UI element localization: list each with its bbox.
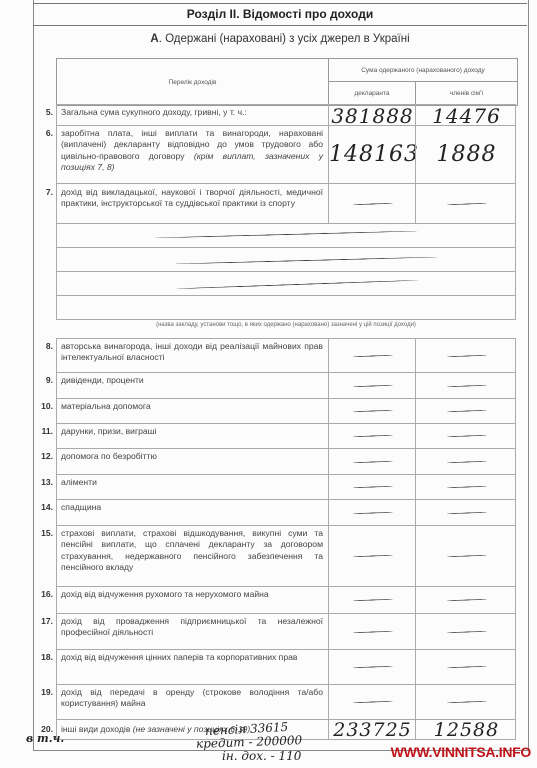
row-description: дивіденди, проценти: [61, 375, 323, 386]
subsection-letter: А: [150, 33, 158, 45]
family-value-cell: [415, 449, 517, 474]
strike-line: [155, 231, 417, 239]
declarant-value-cell: [328, 587, 416, 613]
watermark: WWW.VINNITSA.INFO: [391, 744, 531, 760]
strike-line: [175, 280, 419, 290]
table-header: Перелік доходів Сума одержаного (нарахов…: [56, 58, 518, 106]
row-description: страхові виплати, страхові відшкодування…: [61, 528, 323, 574]
declarant-value-cell: [328, 373, 416, 398]
row-number: 16.: [35, 589, 53, 599]
row-description: матеріальна допомога: [61, 401, 323, 412]
institution-line: [56, 272, 516, 296]
row-description: допомога по безробіттю: [61, 451, 323, 462]
table-row: 12.допомога по безробіттю: [56, 449, 516, 475]
declarant-value-cell: [328, 339, 416, 372]
family-value-cell: [415, 424, 517, 448]
subsection-title: А. Одержані (нараховані) з усіх джерел в…: [33, 33, 527, 45]
row-number: 7.: [35, 187, 53, 197]
family-value-cell: [415, 614, 517, 649]
dash-mark: [446, 599, 486, 601]
dash-mark: [446, 460, 486, 462]
table-row: 16.дохід від відчуження рухомого та неру…: [56, 587, 516, 614]
declarant-amount: 148163: [329, 142, 416, 167]
row-description: дохід від викладацької, наукової і творч…: [61, 187, 323, 210]
institution-caption: (назва закладу, установи тощо, в яких од…: [56, 322, 516, 328]
declarant-value-cell: 381888: [328, 105, 416, 125]
section-title: Розділ II. Відомості про доходи: [33, 3, 527, 26]
handwritten-note-other: ін. дох. - 110: [222, 749, 301, 763]
family-value-cell: [415, 587, 517, 613]
dash-mark: [446, 486, 486, 488]
dash-mark: [352, 384, 392, 386]
row-number: 19.: [35, 687, 53, 697]
row-description: дарунки, призи, виграші: [61, 426, 323, 437]
dash-mark: [352, 460, 392, 462]
dash-mark: [352, 486, 392, 488]
institution-line: [56, 248, 516, 272]
declarant-value-cell: [328, 475, 416, 499]
row-description-text: дохід від відчуження цінних паперів та к…: [61, 652, 297, 662]
family-value-cell: [415, 650, 517, 684]
family-value-cell: [415, 373, 517, 398]
header-declarant: декларанта: [329, 82, 416, 105]
row-description-text: інші види доходів: [61, 724, 130, 734]
declarant-value-cell: [328, 424, 416, 448]
row-description: заробітна плата, інші виплати та винагор…: [61, 128, 323, 174]
row-description-text: страхові виплати, страхові відшкодування…: [61, 528, 323, 572]
dash-mark: [446, 666, 486, 668]
declarant-amount: 233725: [329, 719, 416, 741]
dash-mark: [352, 202, 392, 204]
row-description: дохід від відчуження цінних паперів та к…: [61, 652, 323, 663]
subsection-text: . Одержані (нараховані) з усіх джерел в …: [159, 33, 410, 45]
dash-mark: [446, 511, 486, 513]
header-family: членів сім'ї: [416, 82, 517, 105]
handwritten-note-left: в т.ч.: [26, 732, 64, 745]
family-value-cell: [415, 339, 517, 372]
declarant-value-cell: [328, 184, 416, 223]
table-row: 6.заробітна плата, інші виплати та винаг…: [56, 126, 516, 184]
row-description-text: дохід від провадження підприємницької та…: [61, 616, 323, 637]
row-description: дохід від передачі в оренду (строкове во…: [61, 687, 323, 710]
table-row: 10.матеріальна допомога: [56, 399, 516, 424]
row-number: 5.: [35, 107, 53, 117]
family-value-cell: [415, 526, 517, 586]
row-number: 17.: [35, 616, 53, 626]
row-number: 6.: [35, 128, 53, 138]
declarant-value-cell: [328, 685, 416, 719]
row-number: 11.: [35, 426, 53, 436]
dash-mark: [446, 555, 486, 557]
family-amount: 14476: [416, 104, 517, 128]
institution-line: [56, 296, 516, 320]
table-row: 11.дарунки, призи, виграші: [56, 424, 516, 449]
declarant-amount: 381888: [329, 104, 416, 128]
header-income-list: Перелік доходів: [57, 59, 329, 105]
table-row: 5.Загальна сума сукупного доходу, гривні…: [56, 104, 516, 126]
row-number: 15.: [35, 528, 53, 538]
table-row: 19.дохід від передачі в оренду (строкове…: [56, 685, 516, 720]
dash-mark: [352, 599, 392, 601]
row-description-text: аліменти: [61, 477, 97, 487]
row-description-text: авторська винагорода, інші доходи від ре…: [61, 341, 323, 362]
declarant-value-cell: [328, 399, 416, 423]
declarant-value-cell: [328, 449, 416, 474]
dash-mark: [352, 666, 392, 668]
family-value-cell: [415, 685, 517, 719]
dash-mark: [446, 384, 486, 386]
family-amount: 1888: [416, 142, 517, 167]
row-description: аліменти: [61, 477, 323, 488]
row-description: спадщина: [61, 502, 323, 513]
row-description-text: дарунки, призи, виграші: [61, 426, 156, 436]
table-row: 13.аліменти: [56, 475, 516, 500]
row-number: 10.: [35, 401, 53, 411]
family-amount: 12588: [416, 719, 517, 741]
row-number: 12.: [35, 451, 53, 461]
header-income-sum: Сума одержаного (нарахованого) доходу: [329, 59, 517, 82]
dash-mark: [352, 630, 392, 632]
dash-mark: [352, 410, 392, 412]
row-description-text: матеріальна допомога: [61, 401, 151, 411]
dash-mark: [352, 354, 392, 356]
row-description-text: дохід від передачі в оренду (строкове во…: [61, 687, 323, 708]
family-value-cell: [415, 399, 517, 423]
institution-line: [56, 224, 516, 248]
row-description: дохід від провадження підприємницької та…: [61, 616, 323, 639]
dash-mark: [352, 511, 392, 513]
table-row: 8.авторська винагорода, інші доходи від …: [56, 338, 516, 373]
dash-mark: [446, 630, 486, 632]
table-row: 18.дохід від відчуження цінних паперів т…: [56, 650, 516, 685]
declarant-value-cell: 148163: [328, 126, 416, 183]
row-description: авторська винагорода, інші доходи від ре…: [61, 341, 323, 364]
family-value-cell: [415, 475, 517, 499]
row-description: дохід від відчуження рухомого та нерухом…: [61, 589, 323, 600]
dash-mark: [446, 410, 486, 412]
row-description-text: Загальна сума сукупного доходу, гривні, …: [61, 107, 247, 117]
table-row: 9.дивіденди, проценти: [56, 373, 516, 399]
row-number: 9.: [35, 375, 53, 385]
dash-mark: [352, 435, 392, 437]
declarant-value-cell: [328, 500, 416, 525]
row-description-text: дивіденди, проценти: [61, 375, 144, 385]
dash-mark: [446, 701, 486, 703]
row-description-text: допомога по безробіттю: [61, 451, 157, 461]
row-number: 14.: [35, 502, 53, 512]
family-value-cell: 1888: [415, 126, 517, 183]
dash-mark: [446, 354, 486, 356]
family-value-cell: [415, 500, 517, 525]
family-value-cell: [415, 184, 517, 223]
dash-mark: [446, 202, 486, 204]
dash-mark: [352, 701, 392, 703]
row-description-text: спадщина: [61, 502, 101, 512]
row-description-text: дохід від відчуження рухомого та нерухом…: [61, 589, 269, 599]
declarant-value-cell: [328, 614, 416, 649]
row-description-text: дохід від викладацької, наукової і творч…: [61, 187, 323, 208]
strike-line: [175, 257, 437, 265]
row-description: Загальна сума сукупного доходу, гривні, …: [61, 107, 323, 118]
row-number: 8.: [35, 341, 53, 351]
table-row: 15.страхові виплати, страхові відшкодува…: [56, 526, 516, 587]
row-number: 13.: [35, 477, 53, 487]
dash-mark: [352, 555, 392, 557]
table-row: 17.дохід від провадження підприємницької…: [56, 614, 516, 650]
family-value-cell: 14476: [415, 105, 517, 125]
family-value-cell: 12588: [415, 720, 517, 739]
row-number: 18.: [35, 652, 53, 662]
declarant-value-cell: [328, 526, 416, 586]
declarant-value-cell: [328, 650, 416, 684]
table-row: 7.дохід від викладацької, наукової і тво…: [56, 184, 516, 224]
dash-mark: [446, 435, 486, 437]
declarant-value-cell: 233725: [328, 720, 416, 739]
table-row: 14.спадщина: [56, 500, 516, 526]
